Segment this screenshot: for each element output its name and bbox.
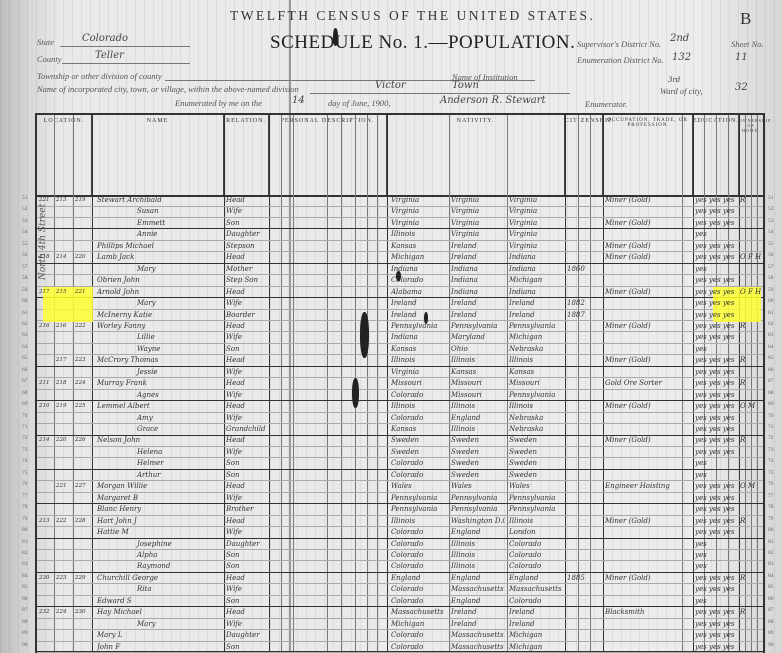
cell-education: yes yes yes [695, 573, 739, 584]
cell-mother: Pennsylvania [509, 390, 563, 401]
cell-father: Illinois [451, 550, 505, 561]
line-number: 73 [768, 447, 774, 453]
cell-father: Illinois [451, 561, 505, 572]
cell-birthplace: Colorado [391, 584, 447, 595]
cell-name: McCrory Thomas [97, 355, 222, 366]
line-number: 59 [22, 287, 28, 293]
line-number: 51 [768, 195, 774, 201]
cell-family: 227 [75, 481, 91, 492]
line-number: 60 [768, 298, 774, 304]
line-number: 86 [768, 596, 774, 602]
cell-relation: Daughter [226, 229, 268, 240]
cell-name: Margaret B [97, 493, 222, 504]
cell-name: Morgan Willie [97, 481, 222, 492]
cell-education: yes [695, 344, 739, 355]
section-location: LOCATION. [37, 115, 92, 195]
cell-relation: Son [226, 596, 268, 607]
cell-father: Pennsylvania [451, 504, 505, 515]
cell-relation: Brother [226, 504, 268, 515]
line-number: 53 [768, 218, 774, 224]
line-number: 89 [22, 630, 28, 636]
cell-father: Pennsylvania [451, 321, 505, 332]
line-number: 54 [22, 229, 28, 235]
cell-family: 230 [75, 607, 91, 618]
cell-mother: England [509, 573, 563, 584]
cell-house: 230 [39, 573, 54, 584]
cell-name: Hay Michael [97, 607, 222, 618]
cell-family: 223 [75, 355, 91, 366]
cell-occupation: Miner (Gold) [605, 401, 681, 412]
line-number: 71 [768, 424, 774, 430]
cell-relation: Wife [226, 298, 268, 309]
city-label: Name of incorporated city, town, or vill… [37, 84, 299, 94]
cell-birthplace: Colorado [391, 390, 447, 401]
cell-dwelling: 217 [56, 355, 72, 366]
cell-mother: Ireland [509, 619, 563, 630]
cell-education: yes [695, 470, 739, 481]
cell-education: yes yes yes [695, 332, 739, 343]
cell-mother: Michigan [509, 630, 563, 641]
cell-mother: London [509, 527, 563, 538]
cell-birthplace: Colorado [391, 470, 447, 481]
cell-relation: Wife [226, 619, 268, 630]
table-row: WayneSonKansasOhioNebraskayes [37, 344, 763, 356]
table-row: 216216222Worley FannyHeadPennsylvaniaPen… [37, 321, 763, 333]
cell-mother: Sweden [509, 435, 563, 446]
cell-birthplace: Wales [391, 481, 447, 492]
cell-mother: Nebraska [509, 344, 563, 355]
line-number: 67 [22, 378, 28, 384]
cell-mother: Nebraska [509, 413, 563, 424]
line-number: 69 [768, 401, 774, 407]
table-row: John FSonColoradoMassachusettsMichiganye… [37, 642, 763, 653]
cell-father: Ireland [451, 241, 505, 252]
cell-birthplace: Ireland [391, 310, 447, 321]
cell-mother: Colorado [509, 596, 563, 607]
ink-blot [424, 312, 428, 324]
cell-name: Lamb Jack [97, 252, 222, 263]
cell-house: 216 [39, 321, 54, 332]
ink-blot [396, 271, 401, 281]
cell-birthplace: Sweden [391, 435, 447, 446]
column-header-band: LOCATION. NAME RELATION. PERSONAL DESCRI… [37, 115, 763, 197]
cell-mother: Pennsylvania [509, 504, 563, 515]
cell-relation: Son [226, 458, 268, 469]
cell-birthplace: Kansas [391, 241, 447, 252]
cell-home: O M [740, 481, 762, 492]
line-number: 85 [22, 584, 28, 590]
line-number: 72 [768, 435, 774, 441]
cell-birthplace: Michigan [391, 252, 447, 263]
cell-occupation: Miner (Gold) [605, 195, 681, 206]
cell-relation: Head [226, 321, 268, 332]
cell-dwelling: 214 [56, 252, 72, 263]
cell-home: R [740, 573, 762, 584]
supervisor-district-label: Supervisor's District No. [577, 39, 661, 49]
cell-citizenship: 1887 [567, 310, 589, 321]
cell-mother: Colorado [509, 539, 563, 550]
line-number: 82 [768, 550, 774, 556]
cell-mother: Michigan [509, 642, 563, 653]
cell-education: yes yes yes [695, 378, 739, 389]
cell-father: Virginia [451, 218, 505, 229]
enumeration-district-label: Enumeration District No. [577, 55, 664, 65]
line-number: 55 [22, 241, 28, 247]
cell-education: yes [695, 550, 739, 561]
line-number: 63 [768, 332, 774, 338]
cell-mother: Wales [509, 481, 563, 492]
enumerated-label: Enumerated by me on the [175, 98, 262, 108]
cell-name: Worley Fanny [97, 321, 222, 332]
line-number: 83 [22, 561, 28, 567]
cell-family: 225 [75, 401, 91, 412]
cell-relation: Son [226, 550, 268, 561]
cell-relation: Step Son [226, 275, 268, 286]
cell-education: yes yes yes [695, 321, 739, 332]
cell-birthplace: Kansas [391, 424, 447, 435]
cell-home: R [740, 355, 762, 366]
cell-birthplace: Indiana [391, 332, 447, 343]
table-row: SusanWifeVirginiaVirginiaVirginiayes yes… [37, 206, 763, 218]
line-number: 78 [768, 504, 774, 510]
cell-home: R [740, 321, 762, 332]
cell-mother: Indiana [509, 264, 563, 275]
cell-relation: Wife [226, 413, 268, 424]
cell-father: Virginia [451, 206, 505, 217]
cell-father: Sweden [451, 435, 505, 446]
cell-birthplace: Michigan [391, 619, 447, 630]
cell-father: Indiana [451, 264, 505, 275]
line-number: 59 [768, 287, 774, 293]
cell-occupation: Miner (Gold) [605, 516, 681, 527]
cell-relation: Wife [226, 447, 268, 458]
table-row: EmmettSonVirginiaVirginiaVirginiaMiner (… [37, 218, 763, 230]
line-number: 80 [768, 527, 774, 533]
cell-mother: Michigan [509, 332, 563, 343]
cell-name: Churchill George [97, 573, 222, 584]
cell-mother: Illinois [509, 355, 563, 366]
line-number: 66 [768, 367, 774, 373]
line-number: 58 [768, 275, 774, 281]
cell-family: 226 [75, 435, 91, 446]
line-number: 61 [22, 310, 28, 316]
cell-father: Ireland [451, 310, 505, 321]
cell-mother: Virginia [509, 241, 563, 252]
cell-birthplace: Virginia [391, 218, 447, 229]
table-row: McInerny KatieBoarderIrelandIrelandIrela… [37, 310, 763, 322]
line-number: 60 [22, 298, 28, 304]
cell-education: yes yes yes [695, 493, 739, 504]
line-number: 84 [768, 573, 774, 579]
cell-mother: Sweden [509, 447, 563, 458]
cell-birthplace: Virginia [391, 367, 447, 378]
cell-birthplace: Colorado [391, 642, 447, 653]
cell-mother: Virginia [509, 229, 563, 240]
cell-father: Virginia [451, 195, 505, 206]
cell-relation: Wife [226, 206, 268, 217]
cell-relation: Son [226, 561, 268, 572]
cell-father: Sweden [451, 447, 505, 458]
line-number: 87 [22, 607, 28, 613]
cell-father: Ireland [451, 252, 505, 263]
cell-education: yes yes yes [695, 241, 739, 252]
cell-birthplace: Colorado [391, 527, 447, 538]
table-row: 218214220Lamb JackHeadMichiganIrelandInd… [37, 252, 763, 264]
cell-mother: Ireland [509, 310, 563, 321]
line-number: 72 [22, 435, 28, 441]
table-row: AgnesWifeColoradoMissouriPennsylvaniayes… [37, 390, 763, 402]
cell-birthplace: Colorado [391, 561, 447, 572]
cell-dwelling: 221 [56, 481, 72, 492]
cell-home: R [740, 435, 762, 446]
city-underline [310, 93, 570, 94]
cell-relation: Son [226, 642, 268, 653]
table-row: 213222228Hart John JHeadIllinoisWashingt… [37, 516, 763, 528]
line-number: 61 [768, 310, 774, 316]
cell-relation: Head [226, 252, 268, 263]
cell-father: Ohio [451, 344, 505, 355]
cell-relation: Head [226, 195, 268, 206]
cell-name: Obrien John [97, 275, 222, 286]
cell-birthplace: Massachusetts [391, 607, 447, 618]
cell-dwelling: 213 [56, 195, 72, 206]
cell-father: Washington D.C. [451, 516, 505, 527]
line-number: 87 [768, 607, 774, 613]
cell-father: Ireland [451, 619, 505, 630]
cell-mother: Sweden [509, 470, 563, 481]
cell-education: yes yes yes [695, 607, 739, 618]
cell-education: yes yes yes [695, 642, 739, 653]
cell-house: 211 [39, 378, 54, 389]
state-label: State [37, 37, 54, 47]
cell-father: Illinois [451, 401, 505, 412]
cell-education: yes [695, 561, 739, 572]
cell-education: yes yes yes [695, 413, 739, 424]
line-number: 67 [768, 378, 774, 384]
cell-education: yes yes yes [695, 584, 739, 595]
table-row: Mary LDaughterColoradoMassachusettsMichi… [37, 630, 763, 642]
enumerator-label: Enumerator. [585, 99, 627, 109]
cell-father: Illinois [451, 355, 505, 366]
cell-education: yes yes yes [695, 504, 739, 515]
census-page-scan: TWELFTH CENSUS OF THE UNITED STATES. SCH… [0, 0, 782, 653]
cell-name: Phillips Michael [97, 241, 222, 252]
cell-father: England [451, 527, 505, 538]
cell-relation: Boarder [226, 310, 268, 321]
cell-relation: Grandchild [226, 424, 268, 435]
table-row: Hattie MWifeColoradoEnglandLondonyes yes… [37, 527, 763, 539]
cell-birthplace: Pennsylvania [391, 504, 447, 515]
line-number: 54 [768, 229, 774, 235]
table-row: GraceGrandchildKansasIllinoisNebraskayes… [37, 424, 763, 436]
cell-education: yes yes yes [695, 516, 739, 527]
table-row: RaymondSonColoradoIllinoisColoradoyes [37, 561, 763, 573]
cell-father: Sweden [451, 458, 505, 469]
street-name: North 4th Street [38, 204, 48, 280]
cell-house: 210 [39, 401, 54, 412]
line-number: 80 [22, 527, 28, 533]
cell-dwelling: 219 [56, 401, 72, 412]
line-number: 84 [22, 573, 28, 579]
cell-name: McInerny Katie [97, 310, 222, 321]
line-number: 81 [22, 539, 28, 545]
cell-relation: Head [226, 355, 268, 366]
line-number: 52 [768, 206, 774, 212]
cell-name: Arnold John [97, 287, 222, 298]
cell-name: John F [97, 642, 222, 653]
cell-education: yes yes yes [695, 481, 739, 492]
line-number: 51 [22, 195, 28, 201]
line-number: 79 [22, 516, 28, 522]
line-number: 77 [768, 493, 774, 499]
section-relation: RELATION. [224, 115, 269, 195]
line-number: 70 [22, 413, 28, 419]
cell-relation: Daughter [226, 539, 268, 550]
line-number: 90 [768, 642, 774, 648]
cell-relation: Head [226, 378, 268, 389]
section-nativity: NATIVITY. [387, 115, 565, 195]
enumerator-name: Anderson R. Stewart [440, 95, 546, 106]
cell-occupation: Blacksmith [605, 607, 681, 618]
cell-birthplace: Illinois [391, 229, 447, 240]
cell-father: Missouri [451, 390, 505, 401]
cell-mother: Ireland [509, 607, 563, 618]
table-row: Margaret BWifePennsylvaniaPennsylvaniaPe… [37, 493, 763, 505]
cell-dwelling: 223 [56, 573, 72, 584]
line-number: 78 [22, 504, 28, 510]
table-row: MaryWifeIrelandIrelandIreland1882yes yes… [37, 298, 763, 310]
cell-education: yes yes yes [695, 619, 739, 630]
line-number: 83 [768, 561, 774, 567]
cell-mother: Virginia [509, 195, 563, 206]
cell-father: England [451, 596, 505, 607]
sheet-value: 11 [735, 52, 748, 63]
cell-occupation: Miner (Gold) [605, 218, 681, 229]
cell-birthplace: Pennsylvania [391, 321, 447, 332]
cell-mother: Nebraska [509, 424, 563, 435]
cell-home: O F H [740, 252, 762, 263]
cell-birthplace: Alabama [391, 287, 447, 298]
cell-home: O F H [740, 287, 762, 298]
cell-father: Ireland [451, 607, 505, 618]
cell-father: Wales [451, 481, 505, 492]
table-row: LillieWifeIndianaMarylandMichiganyes yes… [37, 332, 763, 344]
cell-relation: Son [226, 344, 268, 355]
cell-relation: Son [226, 218, 268, 229]
cell-dwelling: 222 [56, 516, 72, 527]
cell-home: R [740, 516, 762, 527]
cell-mother: Illinois [509, 401, 563, 412]
cell-birthplace: Ireland [391, 298, 447, 309]
cell-occupation: Gold Ore Sorter [605, 378, 681, 389]
cell-name: Hattie M [97, 527, 222, 538]
table-row: Phillips MichaelStepsonKansasIrelandVirg… [37, 241, 763, 253]
cell-mother: Massachusetts [509, 584, 563, 595]
section-name: NAME [92, 115, 224, 195]
cell-relation: Daughter [226, 630, 268, 641]
cell-birthplace: England [391, 573, 447, 584]
enumerated-day: 14 [292, 95, 305, 106]
cell-birthplace: Pennsylvania [391, 493, 447, 504]
line-number: 62 [768, 321, 774, 327]
cell-name: Stewart Archibald [97, 195, 222, 206]
cell-father: Massachusetts [451, 584, 505, 595]
cell-birthplace: Kansas [391, 344, 447, 355]
city-value: Victor [375, 80, 406, 91]
cell-relation: Head [226, 401, 268, 412]
cell-education: yes yes yes [695, 195, 739, 206]
line-number: 56 [768, 252, 774, 258]
cell-relation: Wife [226, 527, 268, 538]
cell-family: 221 [75, 287, 91, 298]
county-value: Teller [95, 50, 124, 61]
cell-birthplace: Colorado [391, 630, 447, 641]
table-row: 211218224Murray FrankHeadMissouriMissour… [37, 378, 763, 390]
table-row: 221227Morgan WillieHeadWalesWalesWalesEn… [37, 481, 763, 493]
cell-occupation: Miner (Gold) [605, 355, 681, 366]
line-number: 77 [22, 493, 28, 499]
ward-value: 32 [735, 82, 748, 93]
cell-dwelling: 218 [56, 378, 72, 389]
cell-home: R [740, 607, 762, 618]
cell-birthplace: Sweden [391, 447, 447, 458]
cell-education: yes yes yes [695, 367, 739, 378]
cell-relation: Wife [226, 493, 268, 504]
cell-mother: Ireland [509, 298, 563, 309]
line-number: 86 [22, 596, 28, 602]
cell-mother: Kansas [509, 367, 563, 378]
cell-mother: Indiana [509, 252, 563, 263]
cell-dwelling: 224 [56, 607, 72, 618]
cell-occupation: Miner (Gold) [605, 321, 681, 332]
cell-education: yes yes yes [695, 287, 739, 298]
line-number: 75 [22, 470, 28, 476]
cell-mother: Pennsylvania [509, 493, 563, 504]
table-row: AnnieDaughterIllinoisVirginiaVirginiayes [37, 229, 763, 241]
cell-birthplace: Illinois [391, 401, 447, 412]
line-number: 75 [768, 470, 774, 476]
cell-birthplace: Colorado [391, 550, 447, 561]
cell-education: yes yes yes [695, 527, 739, 538]
cell-father: Missouri [451, 378, 505, 389]
line-number: 68 [768, 390, 774, 396]
population-schedule-table: LOCATION. NAME RELATION. PERSONAL DESCRI… [35, 113, 765, 653]
line-number: 52 [22, 206, 28, 212]
line-number: 88 [22, 619, 28, 625]
table-row: 221213219Stewart ArchibaldHeadVirginiaVi… [37, 195, 763, 207]
line-number: 90 [22, 642, 28, 648]
cell-education: yes [695, 264, 739, 275]
cell-family: 222 [75, 321, 91, 332]
cell-birthplace: Illinois [391, 355, 447, 366]
table-row: ArthurSonColoradoSwedenSwedenyes [37, 470, 763, 482]
cell-father: Maryland [451, 332, 505, 343]
cell-dwelling: 220 [56, 435, 72, 446]
state-underline [60, 46, 190, 47]
cell-name: Mary L [97, 630, 222, 641]
table-row: 232224230Hay MichaelHeadMassachusettsIre… [37, 607, 763, 619]
cell-mother: Missouri [509, 378, 563, 389]
table-row: RitaWifeColoradoMassachusettsMassachuset… [37, 584, 763, 596]
cell-occupation: Miner (Gold) [605, 435, 681, 446]
cell-father: Illinois [451, 424, 505, 435]
line-number: 76 [22, 481, 28, 487]
cell-relation: Wife [226, 390, 268, 401]
cell-father: Pennsylvania [451, 493, 505, 504]
cell-occupation: Miner (Gold) [605, 287, 681, 298]
table-row: 214220226Nelson JohnHeadSwedenSwedenSwed… [37, 435, 763, 447]
line-number: 76 [768, 481, 774, 487]
